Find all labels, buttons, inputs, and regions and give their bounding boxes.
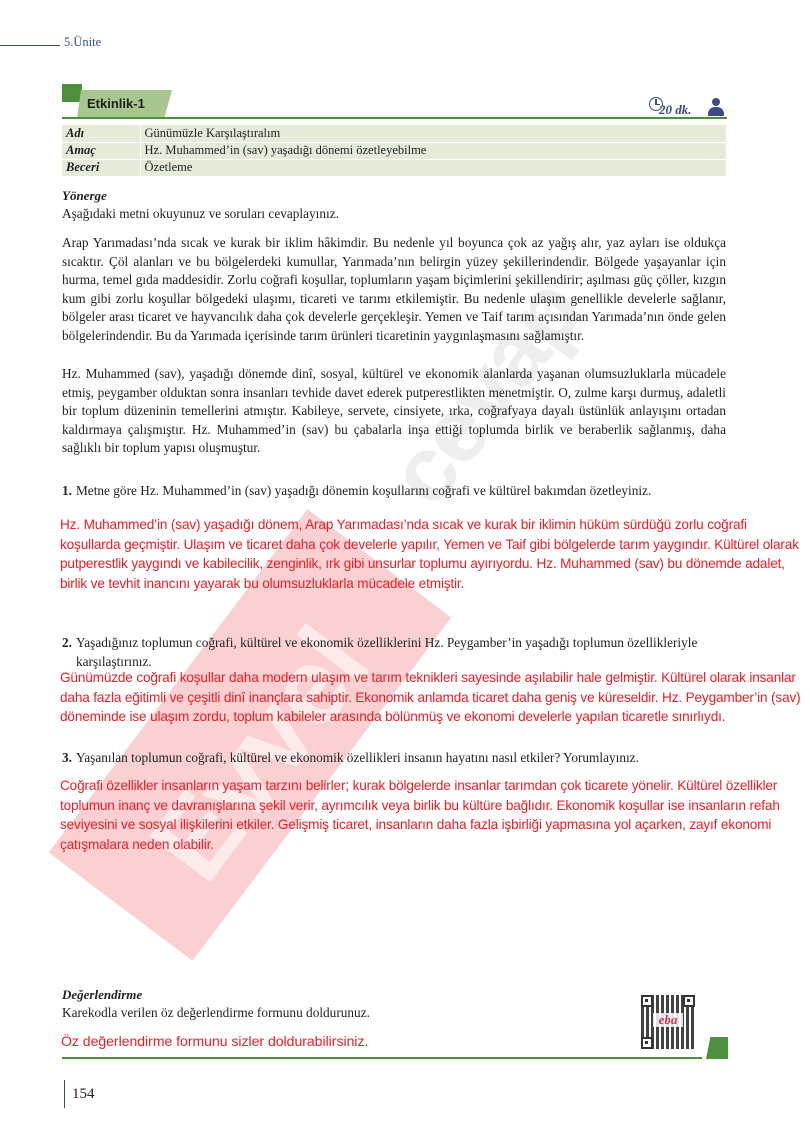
question-text: Yaşanılan toplumun coğrafi, kültürel ve … bbox=[76, 750, 639, 765]
instructions-text: Aşağıdaki metni okuyunuz ve soruları cev… bbox=[62, 206, 339, 222]
footer-corner-decoration bbox=[706, 1037, 728, 1059]
person-icon-head bbox=[712, 98, 720, 106]
person-icon-body bbox=[708, 107, 724, 116]
person-icon bbox=[708, 98, 724, 116]
evaluation-title: Değerlendirme bbox=[62, 987, 142, 1003]
answer-1: Hz. Muhammed’in (sav) yaşadığı dönem, Ar… bbox=[60, 515, 808, 593]
question-2: 2.Yaşadığınız toplumun coğrafi, kültürel… bbox=[62, 633, 726, 671]
info-key: Beceri bbox=[62, 159, 140, 176]
answer-3: Coğrafi özellikler insanların yaşam tarz… bbox=[60, 776, 808, 854]
evaluation-answer: Öz değerlendirme formunu sizler doldurab… bbox=[61, 1033, 368, 1049]
info-value: Hz. Muhammed’in (sav) yaşadığı dönemi öz… bbox=[140, 142, 726, 159]
unit-label: 5.Ünite bbox=[64, 35, 101, 50]
info-value: Özetleme bbox=[140, 159, 726, 176]
activity-info-table: Adı Günümüzle Karşılaştıralım Amaç Hz. M… bbox=[62, 125, 726, 177]
instructions-title: Yönerge bbox=[62, 188, 107, 204]
activity-corner-decoration bbox=[62, 84, 82, 102]
footer-divider bbox=[62, 1057, 702, 1059]
activity-divider bbox=[62, 117, 727, 119]
question-3: 3.Yaşanılan toplumun coğrafi, kültürel v… bbox=[62, 748, 726, 767]
page-number: 154 bbox=[72, 1086, 95, 1103]
qr-code-icon[interactable]: eba bbox=[641, 995, 695, 1049]
answer-2: Günümüzde coğrafi koşullar daha modern u… bbox=[60, 668, 808, 727]
page-number-divider bbox=[64, 1080, 65, 1108]
question-number: 2. bbox=[62, 635, 72, 650]
info-row-name: Adı Günümüzle Karşılaştıralım bbox=[62, 125, 726, 142]
question-number: 3. bbox=[62, 750, 72, 765]
eba-logo: eba bbox=[653, 1013, 683, 1027]
evaluation-text: Karekodla verilen öz değerlendirme formu… bbox=[62, 1005, 370, 1021]
qr-finder bbox=[683, 995, 695, 1007]
info-key: Amaç bbox=[62, 142, 140, 159]
reading-paragraph: Arap Yarımadası’nda sıcak ve kurak bir i… bbox=[62, 234, 726, 346]
info-row-skill: Beceri Özetleme bbox=[62, 159, 726, 176]
activity-title: Etkinlik-1 bbox=[87, 96, 145, 111]
reading-paragraph: Hz. Muhammed (sav), yaşadığı dönemde din… bbox=[62, 365, 726, 458]
question-text: Metne göre Hz. Muhammed’in (sav) yaşadığ… bbox=[76, 483, 651, 498]
info-row-purpose: Amaç Hz. Muhammed’in (sav) yaşadığı döne… bbox=[62, 142, 726, 159]
question-number: 1. bbox=[62, 483, 72, 498]
unit-divider bbox=[0, 45, 60, 46]
qr-finder bbox=[641, 1037, 653, 1049]
info-value: Günümüzle Karşılaştıralım bbox=[140, 125, 726, 142]
question-text: Yaşadığınız toplumun coğrafi, kültürel v… bbox=[76, 635, 697, 669]
info-key: Adı bbox=[62, 125, 140, 142]
qr-finder bbox=[641, 995, 653, 1007]
question-1: 1.Metne göre Hz. Muhammed’in (sav) yaşad… bbox=[62, 481, 726, 500]
activity-duration: 20 dk. bbox=[659, 102, 692, 118]
